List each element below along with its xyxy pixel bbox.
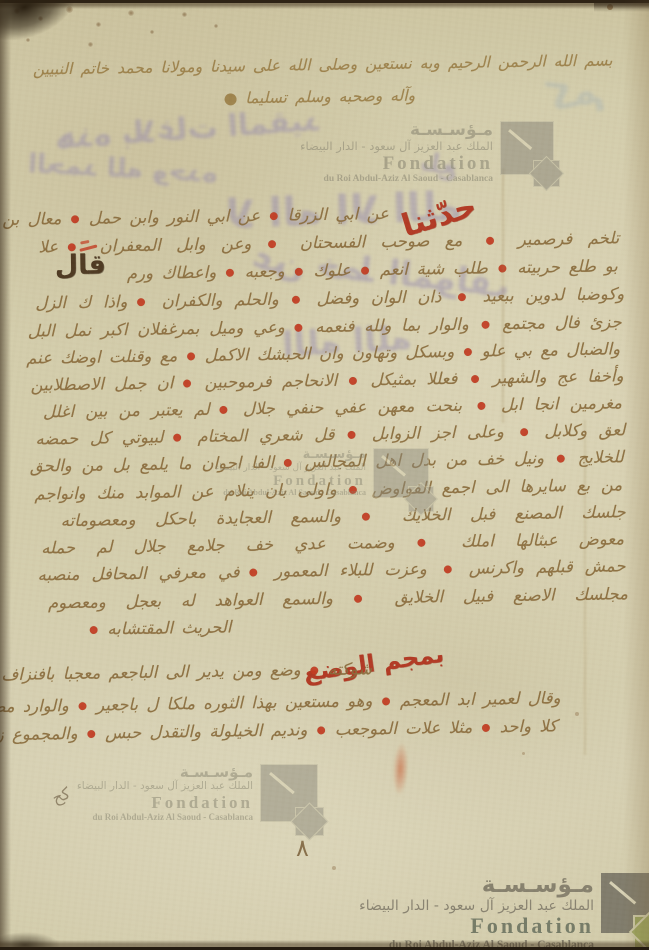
- wormhole: [150, 30, 154, 34]
- manuscript-line: وأخفا عج والشهير ● فعللا بمثيكل ● الانحا…: [30, 368, 623, 394]
- manuscript-line: من بع سايرها الى اجمع الفواوض ● واولى با…: [34, 477, 622, 503]
- manuscript-line: بو طلع حربيته ● طلب شية انعم ● علوك ● وج…: [127, 258, 618, 282]
- manuscript-line: معوض عبثالها املك ● وضمت عدي خف جلامع جل…: [41, 531, 624, 557]
- ink-speck: [575, 712, 579, 716]
- manuscript-line: تلخم فرصمير ● مع صوحب الفسحتان ● وعن واب…: [38, 230, 619, 256]
- page-edge-bottom: [0, 940, 649, 950]
- page-edge-right: [623, 0, 649, 950]
- manuscript-line: عن ابي الزرقا ● عن ابي النور وابن حمل ● …: [32, 206, 389, 228]
- manuscript-line: وقال لعمير ابد المعجم ● وهو مستعين بهذا …: [31, 690, 560, 715]
- paper-crease: [584, 420, 586, 755]
- wormhole: [88, 42, 93, 47]
- wormhole: [214, 24, 218, 28]
- bold-word-qala: قال: [54, 249, 106, 281]
- wormhole: [182, 12, 187, 17]
- manuscript-page: هذه بلاغات المقيد الحمد لله وحده لا اله …: [0, 0, 649, 950]
- manuscript-line: كلا واحد ● مثلا علات الموجعب ● ونديم الخ…: [36, 718, 557, 743]
- manuscript-line: الحريث المقتشابه ●: [37, 619, 231, 639]
- corner-shadow-top-right: [594, 0, 649, 12]
- manuscript-line: جلسك المصنع فبل الخلايك ● والسمع العجايد…: [61, 504, 626, 529]
- manuscript-line: مغرمين انجا ابل ● بنحت معهن عفي حنفي جلا…: [43, 395, 622, 421]
- folio-number: ٨: [296, 834, 309, 862]
- manuscript-line: لعق وكلابل ● وعلى اجز الزوابل ● قل شعري …: [35, 422, 625, 448]
- page-edge-left: [0, 0, 11, 950]
- manuscript-line: حمش قبلهم واكرنس ● وعزت للبلاء المعمور ●…: [37, 558, 625, 584]
- page-edge-top: [0, 0, 649, 9]
- manuscript-line: والضبال مع بي علو ● وبسكل وتهاون وان الح…: [34, 341, 620, 367]
- basmala-line: وآله وصحبه وسلم تسليما ●: [224, 89, 415, 108]
- manuscript-line: جزئ فال مجتمع ● والوار بما ولله فنعمه ● …: [28, 314, 622, 340]
- ink-speck: [332, 866, 336, 870]
- ink-speck: [522, 752, 525, 755]
- basmala-line: بسم الله الرحمن الرحيم وبه نستعين وصلى ا…: [51, 53, 612, 77]
- paper-crease: [502, 168, 504, 423]
- manuscript-line: وكوضبا لدوين ببعيد ● ذان الوان وفضل ● وا…: [35, 286, 624, 312]
- wormhole: [96, 22, 101, 27]
- wormhole: [128, 10, 134, 16]
- manuscript-line: للخلايج ● ونيل خف من بدل اهل المجالس ● ا…: [30, 449, 624, 475]
- text-block: بسم الله الرحمن الرحيم وبه نستعين وصلى ا…: [0, 0, 649, 950]
- manuscript-line: مجلسك الاصنع فبيل الخلايق ● والسمع العوا…: [48, 586, 628, 612]
